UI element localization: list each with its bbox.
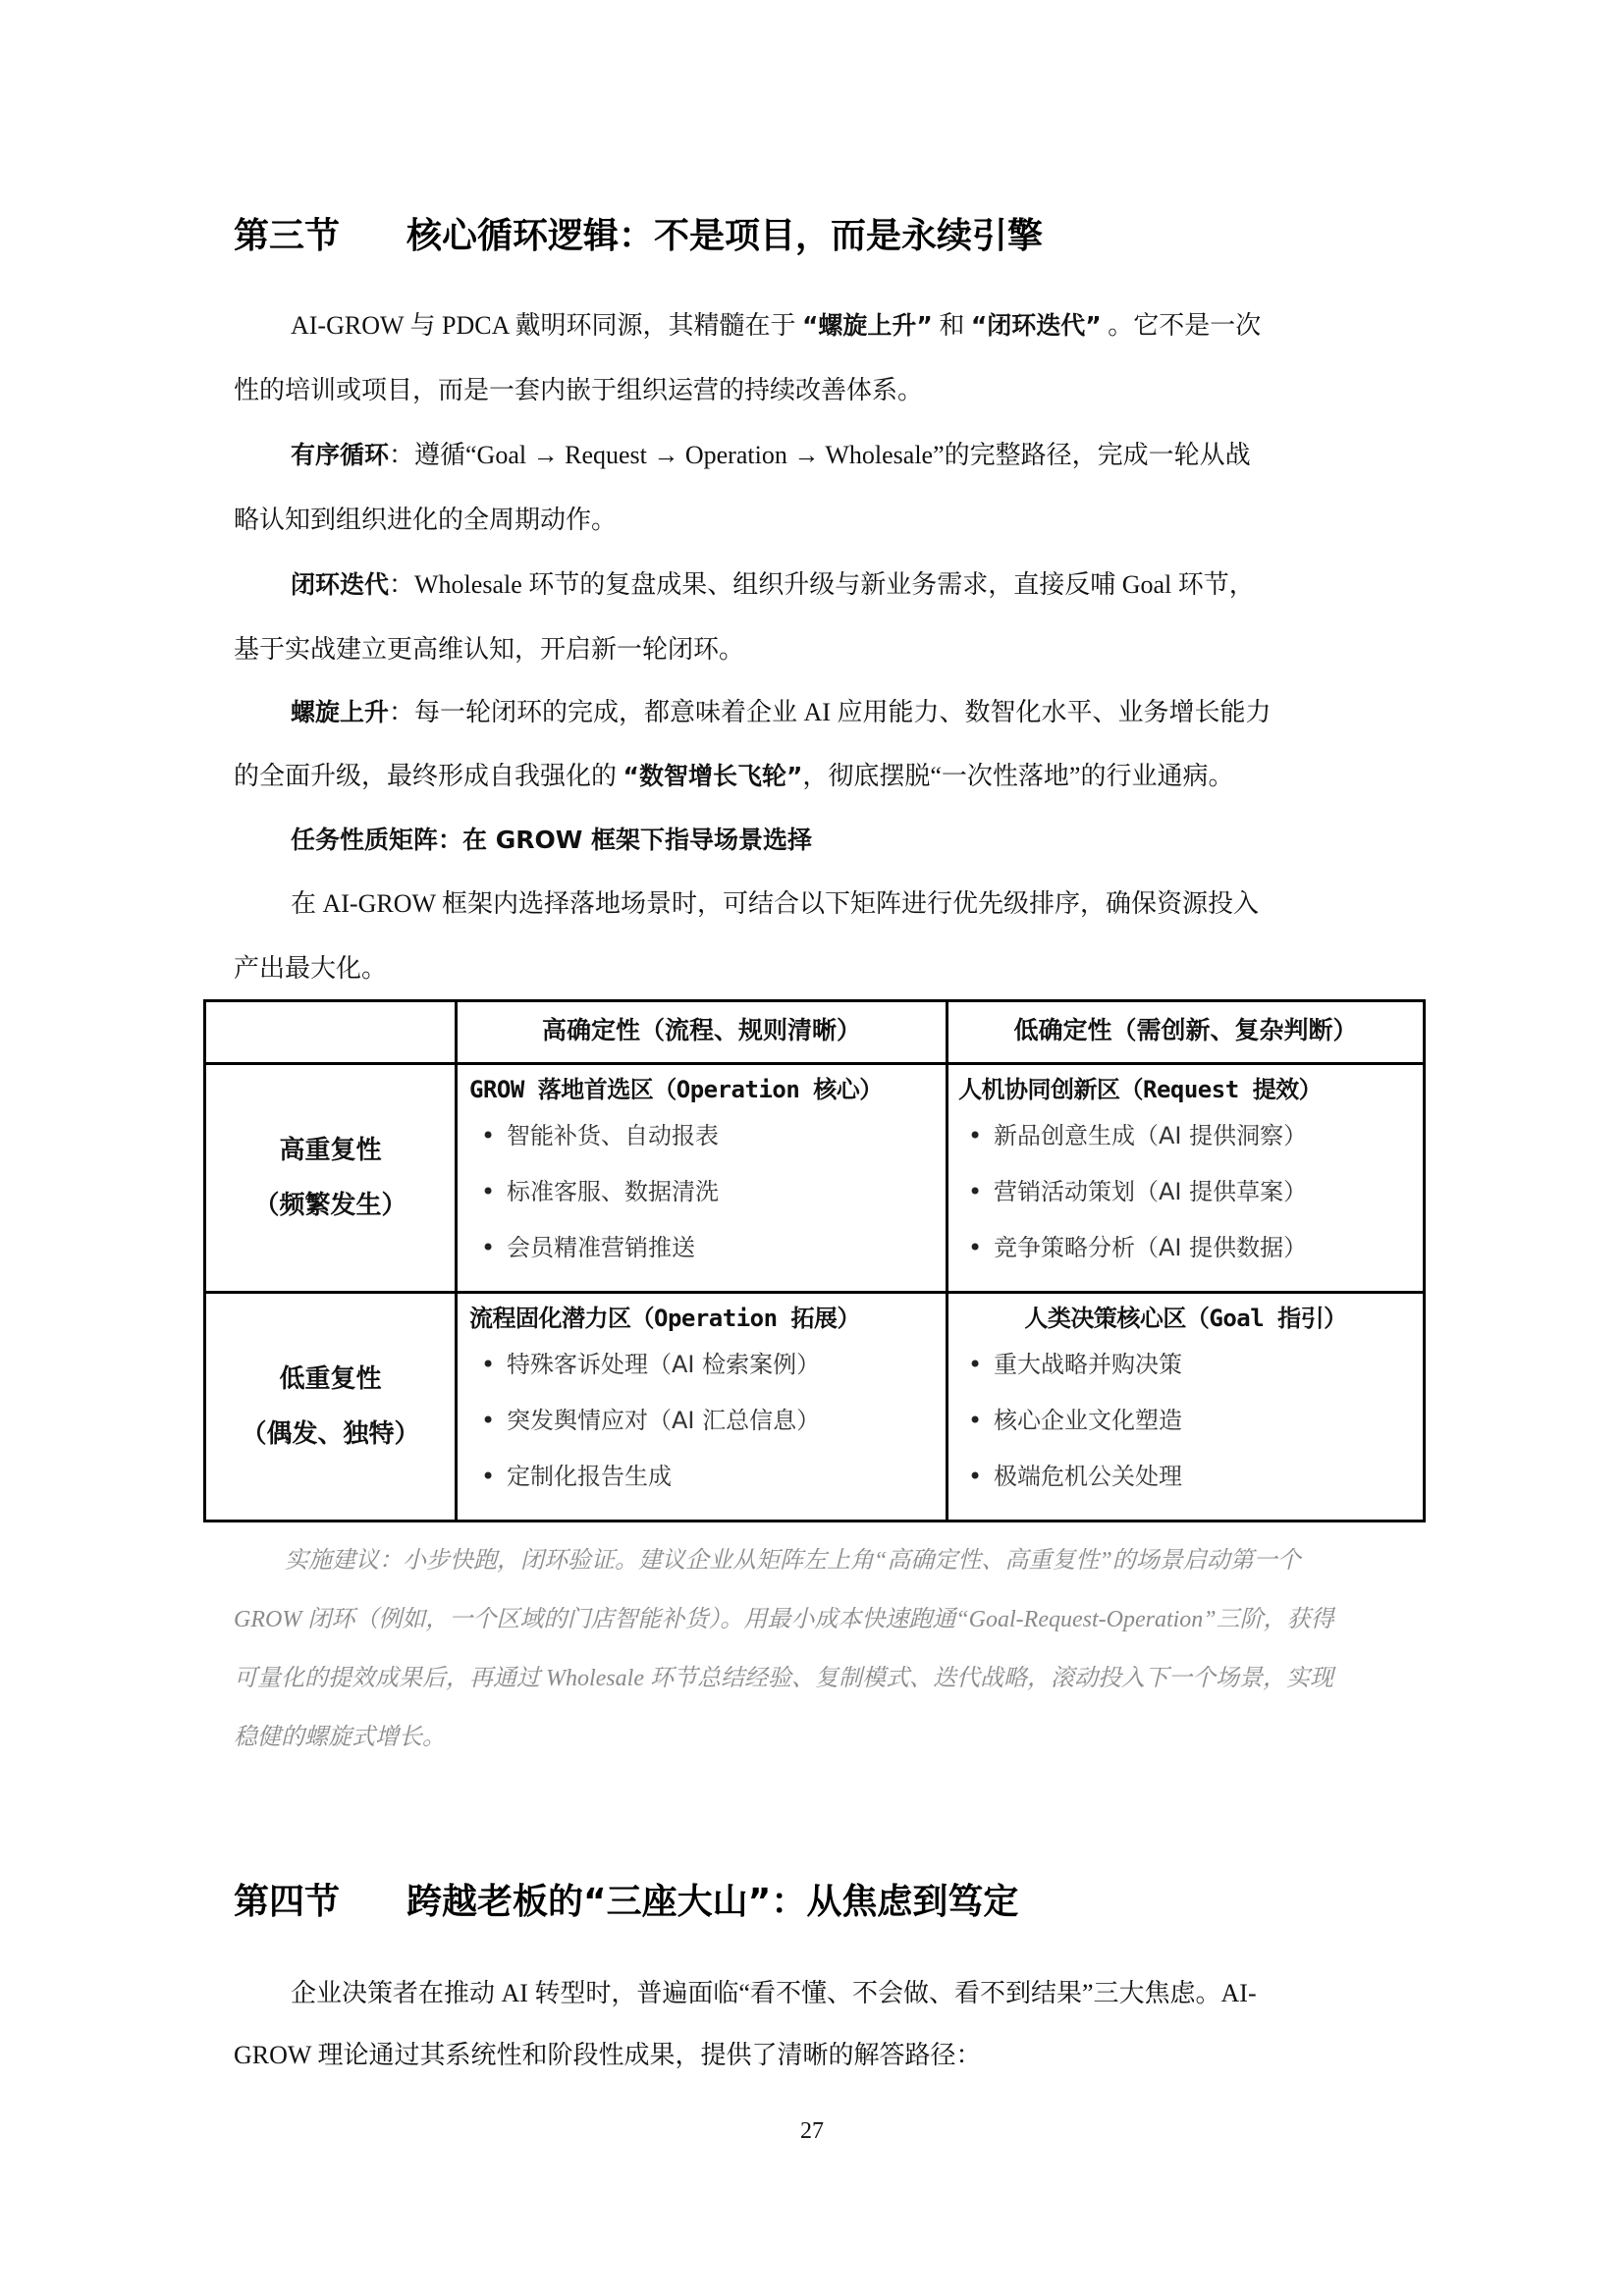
bullet-icon: •	[481, 1164, 507, 1220]
list-item: •新品创意生成（AI 提供洞察）	[968, 1108, 1423, 1164]
bullet-icon: •	[968, 1393, 994, 1449]
row-label-high-repetition: 高重复性 （频繁发生）	[205, 1064, 457, 1293]
note-line-2: GROW 闭环（例如，一个区域的门店智能补货）。用最小成本快速跑通“Goal-R…	[234, 1604, 1334, 1635]
list-item: •突发舆情应对（AI 汇总信息）	[481, 1393, 946, 1449]
intro-text: 。它不是一次	[1102, 311, 1262, 340]
ordered-cycle-line-1: 有序循环：遵循“Goal → Request → Operation → Who…	[291, 438, 1251, 473]
row-label-line-2: （偶发、独特）	[206, 1407, 455, 1462]
list-item: •智能补货、自动报表	[481, 1108, 946, 1164]
intro-line-1: AI-GROW 与 PDCA 戴明环同源，其精髓在于 “螺旋上升” 和 “闭环迭…	[291, 308, 1261, 344]
zone-items: •新品创意生成（AI 提供洞察） •营销活动策划（AI 提供草案） •竞争策略分…	[948, 1104, 1423, 1276]
list-item-text: 定制化报告生成	[507, 1463, 672, 1490]
zone-grow-preferred: GROW 落地首选区（Operation 核心） •智能补货、自动报表 •标准客…	[457, 1064, 947, 1293]
list-item: •特殊客诉处理（AI 检索案例）	[481, 1337, 946, 1393]
bullet-icon: •	[481, 1449, 507, 1505]
list-item-text: 会员精准营销推送	[507, 1234, 695, 1261]
list-item: •重大战略并购决策	[968, 1337, 1423, 1393]
list-item-text: 重大战略并购决策	[994, 1351, 1182, 1378]
matrix-heading-text: 任务性质矩阵：在 GROW 框架下指导场景选择	[291, 826, 812, 854]
list-item-text: 突发舆情应对（AI 汇总信息）	[507, 1407, 820, 1434]
section-3-number: 第三节	[234, 215, 406, 258]
zone-title: GROW 落地首选区（Operation 核心）	[458, 1065, 946, 1104]
note-line-1: 实施建议：小步快跑，闭环验证。建议企业从矩阵左上角“高确定性、高重复性”的场景启…	[285, 1545, 1301, 1576]
closed-loop-label: 闭环迭代	[291, 570, 389, 599]
section-4-title: 跨越老板的“三座大山”：从焦虑到笃定	[406, 1882, 1018, 1922]
bullet-icon: •	[481, 1108, 507, 1164]
zone-process-potential: 流程固化潜力区（Operation 拓展） •特殊客诉处理（AI 检索案例） •…	[457, 1293, 947, 1522]
list-item: •极端危机公关处理	[968, 1449, 1423, 1505]
bullet-icon: •	[481, 1393, 507, 1449]
matrix-intro-line-2: 产出最大化。	[234, 951, 387, 987]
list-item-text: 特殊客诉处理（AI 检索案例）	[507, 1351, 820, 1378]
section-4-body-line-1: 企业决策者在推动 AI 转型时，普遍面临“看不懂、不会做、看不到结果”三大焦虑。…	[291, 1976, 1257, 2011]
note-line-3: 可量化的提效成果后，再通过 Wholesale 环节总结经验、复制模式、迭代战略…	[234, 1663, 1333, 1694]
spiral-text: ，彻底摆脱“一次性落地”的行业通病。	[802, 762, 1233, 790]
bullet-icon: •	[968, 1337, 994, 1393]
matrix-row-low-repetition: 低重复性 （偶发、独特） 流程固化潜力区（Operation 拓展） •特殊客诉…	[205, 1293, 1425, 1522]
intro-line-2: 性的培训或项目，而是一套内嵌于组织运营的持续改善体系。	[234, 373, 923, 408]
spiral-label: 螺旋上升	[291, 698, 389, 726]
emphasis-spiral: “螺旋上升”	[802, 311, 933, 340]
list-item-text: 竞争策略分析（AI 提供数据）	[994, 1234, 1307, 1261]
zone-human-decision-core: 人类决策核心区（Goal 指引） •重大战略并购决策 •核心企业文化塑造 •极端…	[947, 1293, 1425, 1522]
zone-items: •特殊客诉处理（AI 检索案例） •突发舆情应对（AI 汇总信息） •定制化报告…	[458, 1333, 946, 1505]
spiral-text: ：每一轮闭环的完成，都意味着企业 AI 应用能力、数智化水平、业务增长能力	[389, 698, 1271, 726]
zone-items: •重大战略并购决策 •核心企业文化塑造 •极端危机公关处理	[948, 1333, 1423, 1505]
zone-human-ai-innovation: 人机协同创新区（Request 提效） •新品创意生成（AI 提供洞察） •营销…	[947, 1064, 1425, 1293]
spiral-text: 的全面升级，最终形成自我强化的	[234, 762, 623, 790]
bullet-icon: •	[481, 1220, 507, 1276]
column-header-high-certainty: 高确定性（流程、规则清晰）	[457, 1001, 947, 1064]
ordered-cycle-label: 有序循环	[291, 441, 389, 469]
section-3-title: 核心循环逻辑：不是项目，而是永续引擎	[406, 216, 1043, 256]
emphasis-closed-loop: “闭环迭代”	[971, 311, 1102, 340]
list-item: •会员精准营销推送	[481, 1220, 946, 1276]
spiral-line-1: 螺旋上升：每一轮闭环的完成，都意味着企业 AI 应用能力、数智化水平、业务增长能…	[291, 695, 1271, 730]
row-label-line-1: 低重复性	[206, 1352, 455, 1407]
list-item-text: 智能补货、自动报表	[507, 1122, 719, 1149]
ordered-cycle-text: ：遵循“Goal → Request → Operation → Wholesa…	[389, 441, 1251, 469]
spiral-line-2: 的全面升级，最终形成自我强化的 “数智增长飞轮”，彻底摆脱“一次性落地”的行业通…	[234, 759, 1233, 794]
zone-title: 人机协同创新区（Request 提效）	[948, 1065, 1423, 1104]
bullet-icon: •	[968, 1220, 994, 1276]
bullet-icon: •	[968, 1108, 994, 1164]
intro-text: 和	[933, 311, 971, 340]
closed-loop-text: ：Wholesale 环节的复盘成果、组织升级与新业务需求，直接反哺 Goal …	[389, 570, 1255, 599]
column-header-low-certainty: 低确定性（需创新、复杂判断）	[947, 1001, 1425, 1064]
zone-title: 流程固化潜力区（Operation 拓展）	[458, 1294, 946, 1333]
list-item-text: 极端危机公关处理	[994, 1463, 1182, 1490]
row-label-line-2: （频繁发生）	[206, 1178, 455, 1233]
zone-items: •智能补货、自动报表 •标准客服、数据清洗 •会员精准营销推送	[458, 1104, 946, 1276]
row-label-line-1: 高重复性	[206, 1123, 455, 1178]
list-item: •标准客服、数据清洗	[481, 1164, 946, 1220]
list-item-text: 营销活动策划（AI 提供草案）	[994, 1178, 1307, 1205]
bullet-icon: •	[968, 1164, 994, 1220]
emphasis-flywheel: “数智增长飞轮”	[623, 762, 803, 790]
closed-loop-line-2: 基于实战建立更高维认知，开启新一轮闭环。	[234, 632, 744, 667]
list-item: •营销活动策划（AI 提供草案）	[968, 1164, 1423, 1220]
matrix-row-high-repetition: 高重复性 （频繁发生） GROW 落地首选区（Operation 核心） •智能…	[205, 1064, 1425, 1293]
matrix-intro-line-1: 在 AI-GROW 框架内选择落地场景时，可结合以下矩阵进行优先级排序，确保资源…	[291, 886, 1259, 922]
note-line-4: 稳健的螺旋式增长。	[234, 1722, 446, 1753]
list-item: •竞争策略分析（AI 提供数据）	[968, 1220, 1423, 1276]
intro-text: AI-GROW 与 PDCA 戴明环同源，其精髓在于	[291, 311, 802, 340]
list-item: •核心企业文化塑造	[968, 1393, 1423, 1449]
bullet-icon: •	[481, 1337, 507, 1393]
matrix-header-row: 高确定性（流程、规则清晰） 低确定性（需创新、复杂判断）	[205, 1001, 1425, 1064]
matrix-heading: 任务性质矩阵：在 GROW 框架下指导场景选择	[291, 823, 812, 858]
section-4-number: 第四节	[234, 1881, 406, 1924]
list-item-text: 核心企业文化塑造	[994, 1407, 1182, 1434]
row-label-low-repetition: 低重复性 （偶发、独特）	[205, 1293, 457, 1522]
matrix-corner-cell	[205, 1001, 457, 1064]
list-item-text: 标准客服、数据清洗	[507, 1178, 719, 1205]
task-nature-matrix: 高确定性（流程、规则清晰） 低确定性（需创新、复杂判断） 高重复性 （频繁发生）…	[203, 999, 1426, 1522]
closed-loop-line-1: 闭环迭代：Wholesale 环节的复盘成果、组织升级与新业务需求，直接反哺 G…	[291, 567, 1255, 603]
list-item: •定制化报告生成	[481, 1449, 946, 1505]
bullet-icon: •	[968, 1449, 994, 1505]
section-4-body-line-2: GROW 理论通过其系统性和阶段性成果，提供了清晰的解答路径：	[234, 2038, 981, 2073]
page-number: 27	[0, 2116, 1624, 2146]
ordered-cycle-line-2: 略认知到组织进化的全周期动作。	[234, 503, 617, 538]
section-4-heading: 第四节跨越老板的“三座大山”：从焦虑到笃定	[234, 1881, 1018, 1924]
list-item-text: 新品创意生成（AI 提供洞察）	[994, 1122, 1307, 1149]
section-3-heading: 第三节核心循环逻辑：不是项目，而是永续引擎	[234, 215, 1043, 258]
zone-title: 人类决策核心区（Goal 指引）	[948, 1294, 1423, 1333]
